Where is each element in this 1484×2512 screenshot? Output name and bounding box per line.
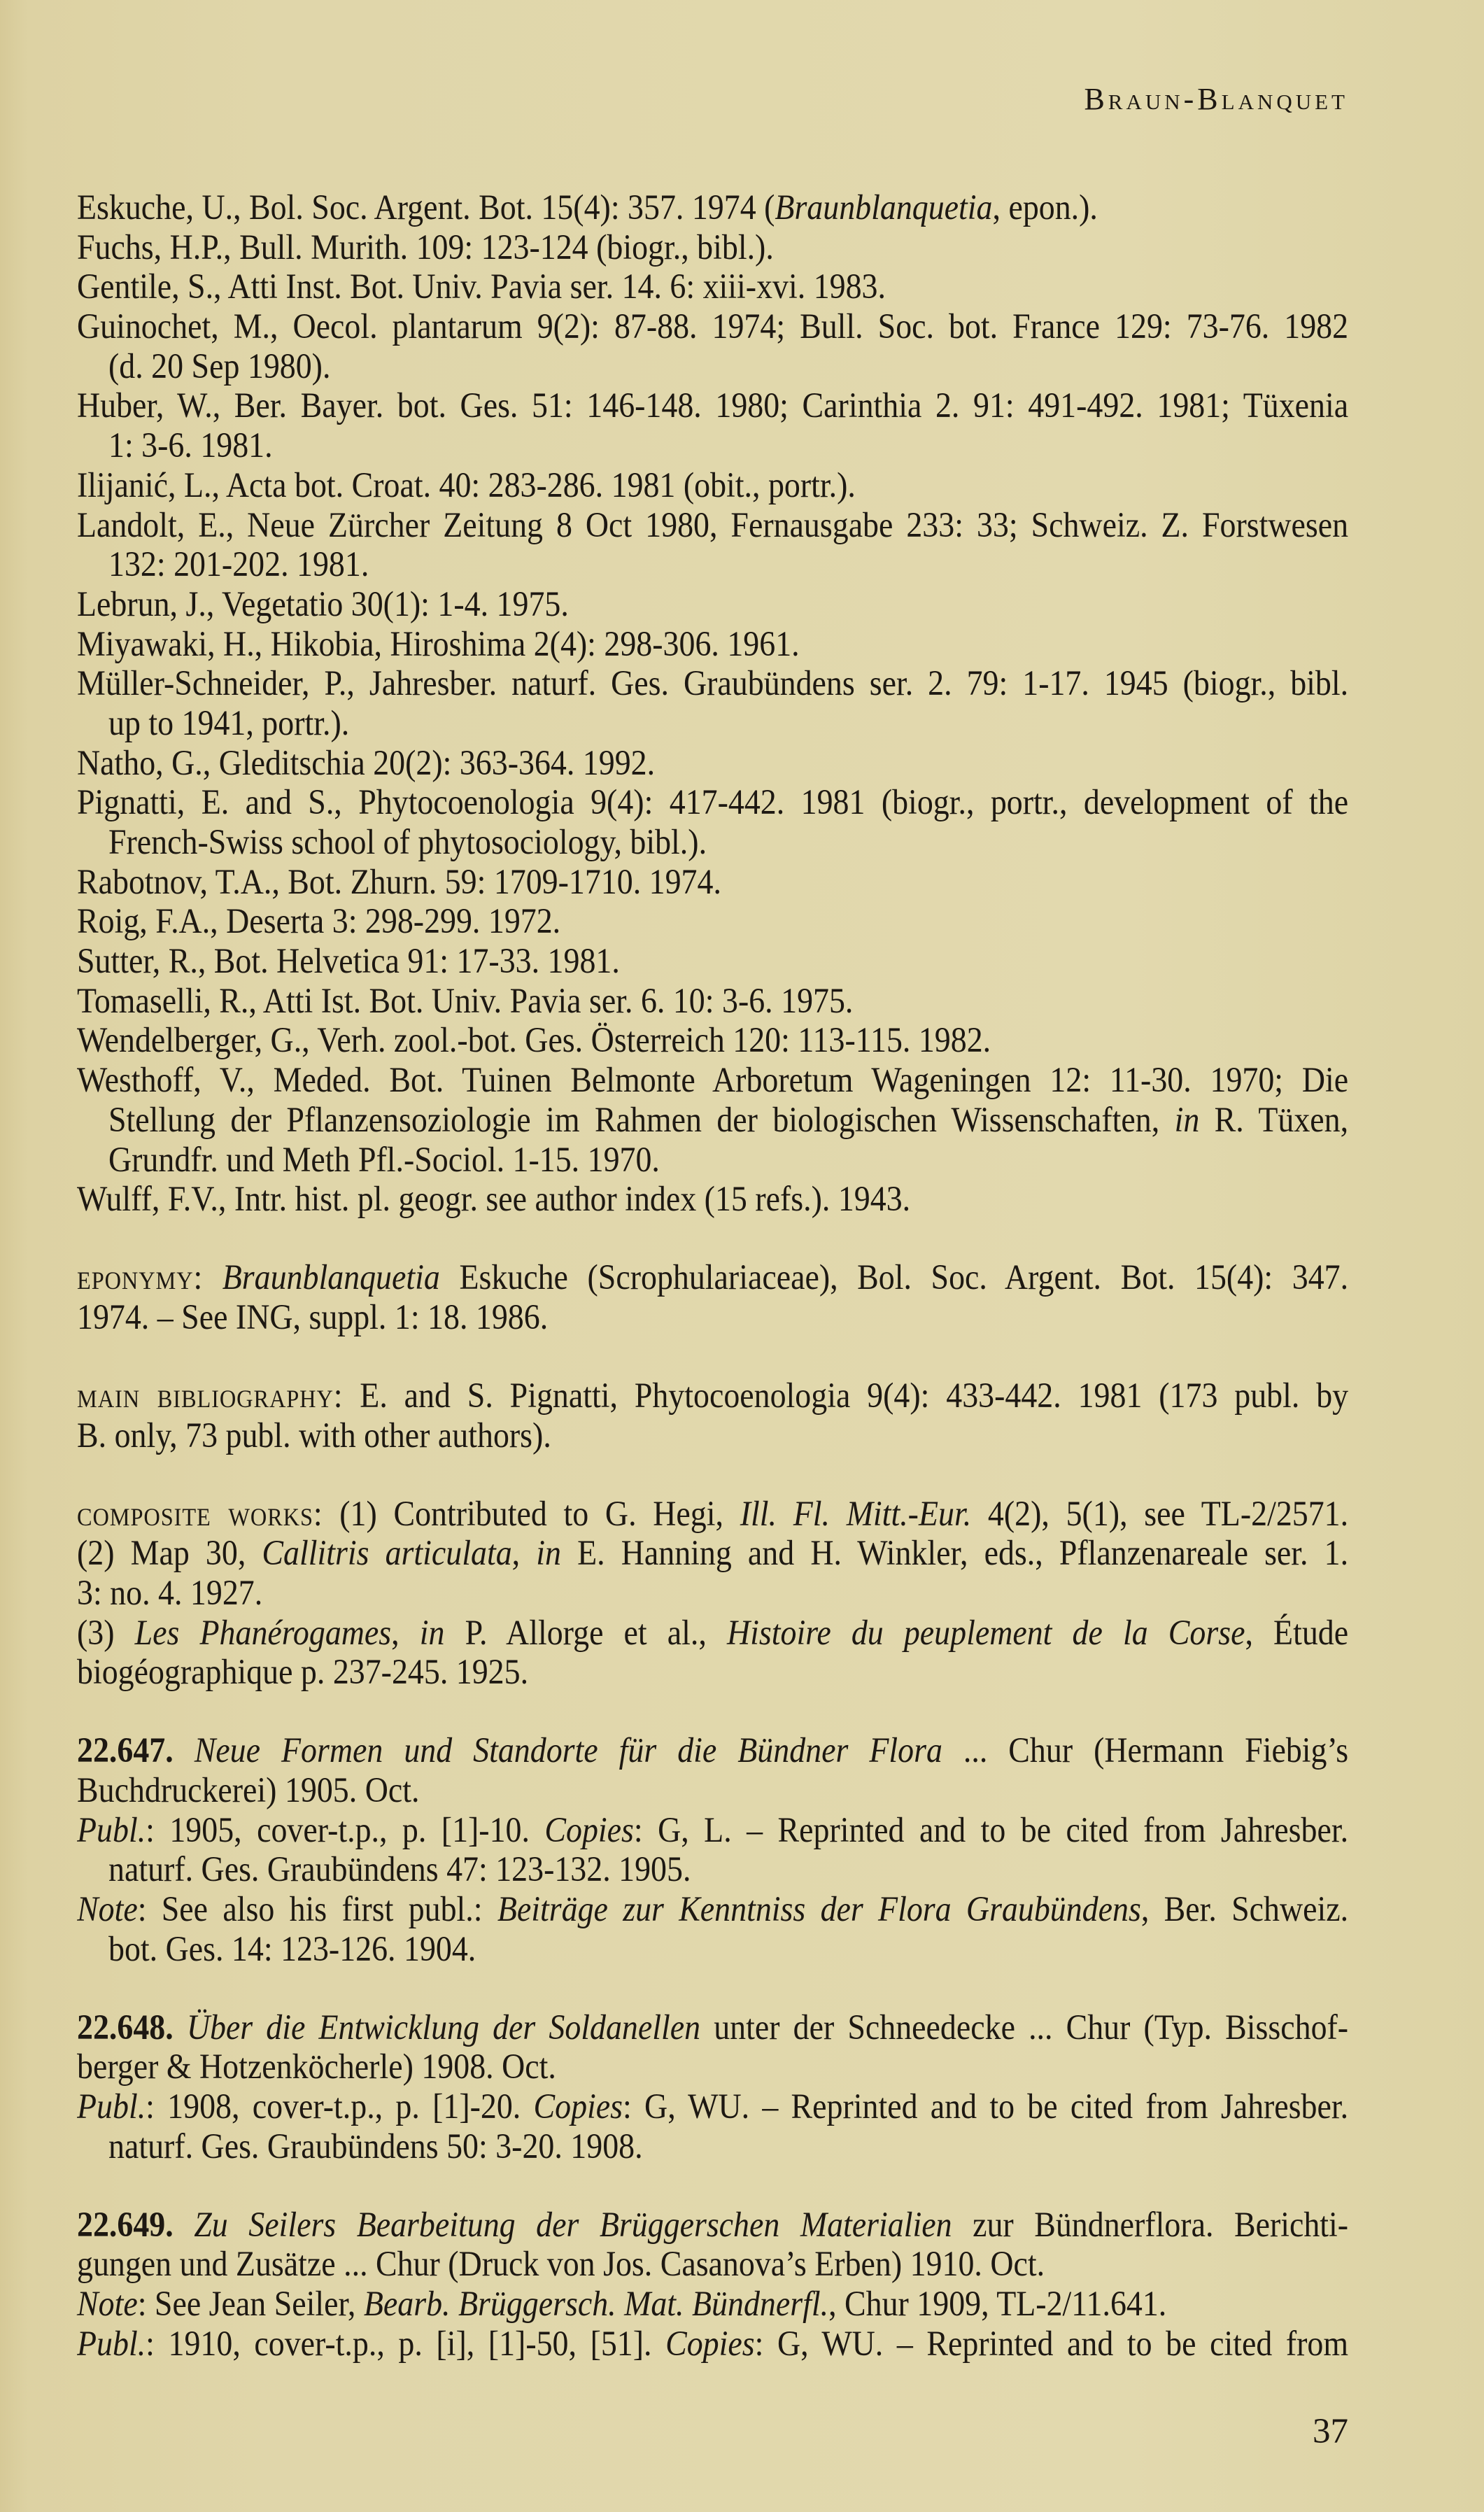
text: ... Chur (Hermann Fiebig’s: [942, 1731, 1348, 1770]
text: Sutter, R., Bot. Helvetica 91: 17-33. 19…: [77, 942, 620, 981]
text: Lebrun, J., Vegetatio 30(1): 1-4. 1975.: [77, 585, 569, 624]
entry-line: Note: See also his first publ.: Beiträge…: [77, 1890, 1348, 1930]
text: : 1908, cover-t.p., p. [1]-20.: [146, 2087, 533, 2126]
text: [174, 2008, 187, 2047]
entry-line: 22.648. Über die Entwicklung der Soldane…: [77, 2008, 1348, 2048]
entry-number: 22.649.: [77, 2206, 174, 2245]
text: Buchdruckerei) 1905. Oct.: [77, 1771, 419, 1810]
reference-line: Huber, W., Ber. Bayer. bot. Ges. 51: 146…: [77, 386, 1348, 426]
italic-text: Braunblanquetia: [775, 188, 992, 227]
text: biogéographique p. 237-245. 1925.: [77, 1653, 528, 1692]
text: Rabotnov, T.A., Bot. Zhurn. 59: 1709-171…: [77, 863, 721, 902]
text: 1: 3-6. 1981.: [108, 426, 273, 465]
reference-line: 1: 3-6. 1981.: [77, 426, 1348, 466]
italic-text: Beiträge zur Kenntniss der Flora Graubün…: [497, 1890, 1141, 1929]
text: Westhoff, V., Meded. Bot. Tuinen Belmont…: [77, 1061, 1348, 1100]
reference-item: Fuchs, H.P., Bull. Murith. 109: 123-124 …: [77, 228, 1348, 268]
text: (d. 20 Sep 1980).: [108, 347, 330, 386]
entry-line: gungen und Zusätze ... Chur (Druck von J…: [77, 2245, 1348, 2285]
reference-item: Huber, W., Ber. Bayer. bot. Ges. 51: 146…: [77, 386, 1348, 465]
reference-item: Miyawaki, H., Hikobia, Hiroshima 2(4): 2…: [77, 625, 1348, 665]
reference-item: Rabotnov, T.A., Bot. Zhurn. 59: 1709-171…: [77, 863, 1348, 903]
reference-item: Westhoff, V., Meded. Bot. Tuinen Belmont…: [77, 1061, 1348, 1180]
section-line: biogéographique p. 237-245. 1925.: [77, 1653, 1348, 1693]
running-head: Braun-Blanquet: [910, 78, 1348, 120]
text: berger & Hotzenköcherle) 1908. Oct.: [77, 2047, 556, 2087]
text: French-Swiss school of phytosociology, b…: [108, 823, 707, 862]
reference-item: Natho, G., Gleditschia 20(2): 363-364. 1…: [77, 744, 1348, 784]
reference-line: Landolt, E., Neue Zürcher Zeitung 8 Oct …: [77, 506, 1348, 546]
italic-text: Ill. Fl. Mitt.-Eur.: [740, 1495, 971, 1534]
italic-text: Note: [77, 2285, 138, 2324]
text: [174, 1731, 195, 1770]
reference-line: Wendelberger, G., Verh. zool.-bot. Ges. …: [77, 1021, 1348, 1061]
section-line: Eponymy: Braunblanquetia Eskuche (Scroph…: [77, 1258, 1348, 1298]
reference-line: Gentile, S., Atti Inst. Bot. Univ. Pavia…: [77, 267, 1348, 307]
text: E. and S. Pignatti, Phytocoenologia 9(4)…: [343, 1376, 1348, 1416]
reference-item: Gentile, S., Atti Inst. Bot. Univ. Pavia…: [77, 267, 1348, 307]
text: [203, 1258, 222, 1297]
reference-line: Westhoff, V., Meded. Bot. Tuinen Belmont…: [77, 1061, 1348, 1101]
text: zur Bündnerflora. Berichti-: [952, 2206, 1349, 2245]
text: : G, L. – Reprinted and to be cited from…: [634, 1811, 1348, 1850]
reference-line: Rabotnov, T.A., Bot. Zhurn. 59: 1709-171…: [77, 863, 1348, 903]
reference-line: Roig, F.A., Deserta 3: 298-299. 1972.: [77, 902, 1348, 942]
italic-text: in: [1175, 1101, 1200, 1140]
section-line: (3) Les Phanérogames, in P. Allorge et a…: [77, 1614, 1348, 1653]
entries-block: 22.647. Neue Formen und Standorte für di…: [77, 1731, 1348, 2364]
text: : See also his first publ.:: [138, 1890, 497, 1929]
text: up to 1941, portr.).: [108, 704, 349, 743]
italic-text: Copies: [544, 1811, 634, 1850]
text: P. Allorge et al.,: [444, 1614, 727, 1653]
entry-line: naturf. Ges. Graubündens 50: 3-20. 1908.: [77, 2127, 1348, 2167]
text: 1974. – See ING, suppl. 1: 18. 1986.: [77, 1298, 548, 1337]
italic-text: in: [536, 1534, 561, 1573]
text: Tomaselli, R., Atti Ist. Bot. Univ. Pavi…: [77, 982, 853, 1021]
reference-line: Miyawaki, H., Hikobia, Hiroshima 2(4): 2…: [77, 625, 1348, 665]
section-eponymy: Eponymy: Braunblanquetia Eskuche (Scroph…: [77, 1258, 1348, 1337]
catalog-entry: 22.647. Neue Formen und Standorte für di…: [77, 1731, 1348, 1969]
text: , Ber. Schweiz.: [1141, 1890, 1348, 1929]
italic-text: Über die Entwicklung der Soldanellen: [187, 2008, 700, 2047]
reference-item: Pignatti, E. and S., Phytocoenologia 9(4…: [77, 783, 1348, 862]
reference-item: Sutter, R., Bot. Helvetica 91: 17-33. 19…: [77, 942, 1348, 982]
sections-block: Eponymy: Braunblanquetia Eskuche (Scroph…: [77, 1258, 1348, 1693]
reference-item: Wendelberger, G., Verh. zool.-bot. Ges. …: [77, 1021, 1348, 1061]
text: Roig, F.A., Deserta 3: 298-299. 1972.: [77, 902, 560, 941]
text: [174, 2206, 195, 2245]
entry-line: Publ.: 1908, cover-t.p., p. [1]-20. Copi…: [77, 2087, 1348, 2127]
reference-item: Landolt, E., Neue Zürcher Zeitung 8 Oct …: [77, 506, 1348, 585]
text: Stellung der Pflanzensoziologie im Rahme…: [108, 1101, 1175, 1140]
text: Pignatti, E. and S., Phytocoenologia 9(4…: [77, 783, 1348, 822]
reference-line: Pignatti, E. and S., Phytocoenologia 9(4…: [77, 783, 1348, 823]
entry-line: Buchdruckerei) 1905. Oct.: [77, 1771, 1348, 1811]
text: Wulff, F.V., Intr. hist. pl. geogr. see …: [77, 1180, 910, 1219]
text: ,: [391, 1614, 420, 1653]
section-label: Eponymy:: [77, 1258, 203, 1297]
text: 132: 201-202. 1981.: [108, 545, 369, 584]
reference-line: Müller-Schneider, P., Jahresber. naturf.…: [77, 664, 1348, 704]
reference-line: Fuchs, H.P., Bull. Murith. 109: 123-124 …: [77, 228, 1348, 268]
italic-text: Callitris articulata: [262, 1534, 511, 1573]
text: , Chur 1909, TL-2/11.641.: [828, 2285, 1166, 2324]
entry-line: bot. Ges. 14: 123-126. 1904.: [77, 1930, 1348, 1970]
section-label: Composite works:: [77, 1495, 323, 1534]
reference-line: Natho, G., Gleditschia 20(2): 363-364. 1…: [77, 744, 1348, 784]
italic-text: in: [420, 1614, 445, 1653]
italic-text: Note: [77, 1890, 138, 1929]
section-line: Main bibliography: E. and S. Pignatti, P…: [77, 1376, 1348, 1416]
section-label: Main bibliography:: [77, 1376, 343, 1416]
reference-line: French-Swiss school of phytosociology, b…: [77, 823, 1348, 863]
text: Eskuche (Scrophulariaceae), Bol. Soc. Ar…: [440, 1258, 1348, 1297]
reference-line: (d. 20 Sep 1980).: [77, 347, 1348, 387]
reference-line: Stellung der Pflanzensoziologie im Rahme…: [77, 1101, 1348, 1141]
text: 4(2), 5(1), see TL-2/2571.: [971, 1495, 1348, 1534]
text: naturf. Ges. Graubündens 50: 3-20. 1908.: [108, 2127, 643, 2166]
italic-text: Bearb. Brüggersch. Mat. Bündnerfl.: [364, 2285, 828, 2324]
text: Ilijanić, L., Acta bot. Croat. 40: 283-2…: [77, 466, 856, 505]
italic-text: Zu Seilers Bearbeitung der Brüggerschen …: [194, 2206, 952, 2245]
text: Miyawaki, H., Hikobia, Hiroshima 2(4): 2…: [77, 625, 800, 664]
reference-line: Grundfr. und Meth Pfl.-Sociol. 1-15. 197…: [77, 1141, 1348, 1180]
section-line: (2) Map 30, Callitris articulata, in E. …: [77, 1534, 1348, 1574]
entry-number: 22.647.: [77, 1731, 174, 1770]
text: gungen und Zusätze ... Chur (Druck von J…: [77, 2245, 1045, 2284]
italic-text: Copies: [665, 2324, 755, 2364]
text: (3): [77, 1614, 135, 1653]
italic-text: Publ.: [77, 2087, 146, 2126]
page-number: 37: [1278, 2412, 1348, 2451]
reference-item: Wulff, F.V., Intr. hist. pl. geogr. see …: [77, 1180, 1348, 1220]
reference-line: Sutter, R., Bot. Helvetica 91: 17-33. 19…: [77, 942, 1348, 982]
section-line: Composite works: (1) Contributed to G. H…: [77, 1495, 1348, 1534]
section-line: 1974. – See ING, suppl. 1: 18. 1986.: [77, 1298, 1348, 1338]
text: Fuchs, H.P., Bull. Murith. 109: 123-124 …: [77, 228, 774, 267]
italic-text: Publ.: [77, 1811, 146, 1850]
text: : 1910, cover-t.p., p. [i], [1]-50, [51]…: [146, 2324, 665, 2364]
text: , Étude: [1245, 1614, 1348, 1653]
reference-item: Guinochet, M., Oecol. plantarum 9(2): 87…: [77, 307, 1348, 386]
text: unter der Schneedecke ... Chur (Typ. Bis…: [700, 2008, 1348, 2047]
text: Natho, G., Gleditschia 20(2): 363-364. 1…: [77, 744, 655, 783]
reference-item: Eskuche, U., Bol. Soc. Argent. Bot. 15(4…: [77, 188, 1348, 228]
italic-text: Copies: [534, 2087, 623, 2126]
reference-item: Roig, F.A., Deserta 3: 298-299. 1972.: [77, 902, 1348, 942]
reference-line: Ilijanić, L., Acta bot. Croat. 40: 283-2…: [77, 466, 1348, 506]
reference-line: 132: 201-202. 1981.: [77, 545, 1348, 585]
entry-line: Publ.: 1905, cover-t.p., p. [1]-10. Copi…: [77, 1811, 1348, 1851]
reference-item: Tomaselli, R., Atti Ist. Bot. Univ. Pavi…: [77, 982, 1348, 1022]
text: Müller-Schneider, P., Jahresber. naturf.…: [77, 664, 1348, 703]
entry-line: 22.649. Zu Seilers Bearbeitung der Brügg…: [77, 2206, 1348, 2245]
text: Guinochet, M., Oecol. plantarum 9(2): 87…: [77, 307, 1348, 346]
reference-line: Eskuche, U., Bol. Soc. Argent. Bot. 15(4…: [77, 188, 1348, 228]
text: : G, WU. – Reprinted and to be cited fro…: [755, 2324, 1348, 2364]
reference-line: up to 1941, portr.).: [77, 704, 1348, 744]
italic-text: Publ.: [77, 2324, 146, 2364]
section-line: B. only, 73 publ. with other authors).: [77, 1416, 1348, 1456]
entry-number: 22.648.: [77, 2008, 174, 2047]
entry-line: Note: See Jean Seiler, Bearb. Brüggersch…: [77, 2285, 1348, 2324]
text: bot. Ges. 14: 123-126. 1904.: [108, 1930, 476, 1969]
text: B. only, 73 publ. with other authors).: [77, 1416, 551, 1455]
book-page: Braun-Blanquet Eskuche, U., Bol. Soc. Ar…: [0, 0, 1484, 2512]
text: Eskuche, U., Bol. Soc. Argent. Bot. 15(4…: [77, 188, 775, 227]
text: (1) Contributed to G. Hegi,: [323, 1495, 740, 1534]
text: , epon.).: [993, 188, 1098, 227]
catalog-entry: 22.649. Zu Seilers Bearbeitung der Brügg…: [77, 2206, 1348, 2364]
entry-line: berger & Hotzenköcherle) 1908. Oct.: [77, 2047, 1348, 2087]
reference-item: Müller-Schneider, P., Jahresber. naturf.…: [77, 664, 1348, 743]
reference-item: Lebrun, J., Vegetatio 30(1): 1-4. 1975.: [77, 585, 1348, 625]
text: Landolt, E., Neue Zürcher Zeitung 8 Oct …: [77, 506, 1348, 545]
text: R. Tüxen,: [1199, 1101, 1348, 1140]
text: ,: [512, 1534, 537, 1573]
italic-text: Les Phanérogames: [135, 1614, 392, 1653]
reference-line: Wulff, F.V., Intr. hist. pl. geogr. see …: [77, 1180, 1348, 1220]
entry-line: 22.647. Neue Formen und Standorte für di…: [77, 1731, 1348, 1771]
section-composite-works: Composite works: (1) Contributed to G. H…: [77, 1495, 1348, 1693]
text: (2) Map 30,: [77, 1534, 262, 1573]
text: : 1905, cover-t.p., p. [1]-10.: [146, 1811, 544, 1850]
text: Gentile, S., Atti Inst. Bot. Univ. Pavia…: [77, 267, 886, 306]
entry-line: naturf. Ges. Graubündens 47: 123-132. 19…: [77, 1850, 1348, 1890]
text: : G, WU. – Reprinted and to be cited fro…: [623, 2087, 1348, 2126]
text: : See Jean Seiler,: [138, 2285, 364, 2324]
catalog-entry: 22.648. Über die Entwicklung der Soldane…: [77, 2008, 1348, 2167]
text: naturf. Ges. Graubündens 47: 123-132. 19…: [108, 1850, 691, 1889]
section-line: 3: no. 4. 1927.: [77, 1574, 1348, 1614]
references-list: Eskuche, U., Bol. Soc. Argent. Bot. 15(4…: [77, 188, 1348, 1220]
reference-line: Lebrun, J., Vegetatio 30(1): 1-4. 1975.: [77, 585, 1348, 625]
entry-line: Publ.: 1910, cover-t.p., p. [i], [1]-50,…: [77, 2324, 1348, 2364]
italic-text: Histoire du peuplement de la Corse: [727, 1614, 1245, 1653]
text: 3: no. 4. 1927.: [77, 1574, 262, 1613]
text: Wendelberger, G., Verh. zool.-bot. Ges. …: [77, 1021, 991, 1060]
reference-item: Ilijanić, L., Acta bot. Croat. 40: 283-2…: [77, 466, 1348, 506]
text: Huber, W., Ber. Bayer. bot. Ges. 51: 146…: [77, 386, 1348, 425]
text: Grundfr. und Meth Pfl.-Sociol. 1-15. 197…: [108, 1141, 660, 1180]
reference-line: Tomaselli, R., Atti Ist. Bot. Univ. Pavi…: [77, 982, 1348, 1022]
reference-line: Guinochet, M., Oecol. plantarum 9(2): 87…: [77, 307, 1348, 347]
italic-text: Braunblanquetia: [222, 1258, 440, 1297]
italic-text: Neue Formen und Standorte für die Bündne…: [195, 1731, 942, 1770]
text-column: Eskuche, U., Bol. Soc. Argent. Bot. 15(4…: [77, 188, 1348, 2364]
text: E. Hanning and H. Winkler, eds., Pflanze…: [561, 1534, 1348, 1573]
section-main-bibliography: Main bibliography: E. and S. Pignatti, P…: [77, 1376, 1348, 1455]
